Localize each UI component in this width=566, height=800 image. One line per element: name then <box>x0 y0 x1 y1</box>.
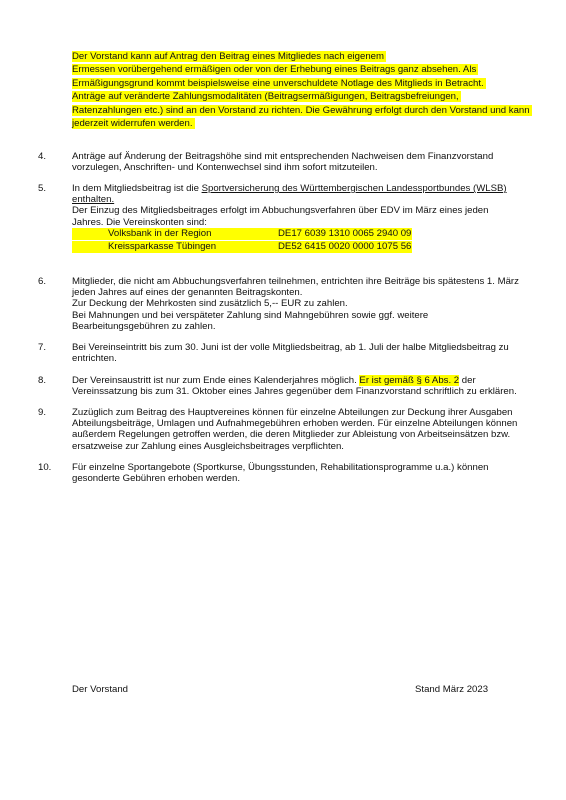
item-line: entrichten. <box>72 353 532 364</box>
document-page: Der Vorstand kann auf Antrag den Beitrag… <box>0 0 566 800</box>
item-line: Vereinssatzung bis zum 31. Oktober eines… <box>72 386 532 397</box>
intro-line: jederzeit widerrufen werden. <box>72 118 195 129</box>
item-line: Bei Mahnungen und bei verspäteter Zahlun… <box>72 310 532 321</box>
intro-line: Anträge auf veränderte Zahlungsmodalität… <box>72 91 461 102</box>
bank-account-row: Volksbank in der Region DE17 6039 1310 0… <box>72 228 412 240</box>
item-line: Anträge auf Änderung der Beitragshöhe si… <box>72 151 532 162</box>
signature: Der Vorstand <box>72 684 128 696</box>
bank-iban: DE17 6039 1310 0065 2940 09 <box>278 228 411 240</box>
item-number: 9. <box>38 407 46 418</box>
item-number: 5. <box>38 183 46 194</box>
item-line: Der Einzug des Mitgliedsbeitrages erfolg… <box>72 205 532 216</box>
item-number: 10. <box>38 462 51 473</box>
item-line: Jahres. Die Vereinskonten sind: <box>72 217 532 228</box>
item-line: Für einzelne Sportangebote (Sportkurse, … <box>72 462 532 473</box>
item-line: Bearbeitungsgebühren zu zahlen. <box>72 321 532 332</box>
item-line: ersatzweise zur Zahlung eines Ausgleichs… <box>72 441 532 452</box>
item-line: vorzulegen, Anschriften- und Kontenwechs… <box>72 162 532 173</box>
item-line: gesonderte Gebühren erhoben werden. <box>72 473 532 484</box>
bank-iban: DE52 6415 0020 0000 1075 56 <box>278 241 411 253</box>
intro-line: Der Vorstand kann auf Antrag den Beitrag… <box>72 51 386 62</box>
bank-accounts-table: Volksbank in der Region DE17 6039 1310 0… <box>72 228 412 253</box>
intro-line: Ratenzahlungen etc.) sind an den Vorstan… <box>72 105 532 116</box>
item-number: 6. <box>38 276 46 287</box>
bank-name: Volksbank in der Region <box>108 228 211 240</box>
item-text: In dem Mitgliedsbeitrag ist die <box>72 183 202 194</box>
document-date: Stand März 2023 <box>415 684 488 696</box>
bank-account-row: Kreissparkasse Tübingen DE52 6415 0020 0… <box>72 241 412 253</box>
item-line: Abteilungsbeiträge, Umlagen und Aufnahme… <box>72 418 532 429</box>
item-text: Der Vereinsaustritt ist nur zum Ende ein… <box>72 375 359 386</box>
insurance-note-cont: enthalten. <box>72 194 532 205</box>
insurance-note: Sportversicherung des Württembergischen … <box>202 183 507 194</box>
intro-paragraph: Der Vorstand kann auf Antrag den Beitrag… <box>72 50 532 130</box>
item-line: Mitglieder, die nicht am Abbuchungsverfa… <box>72 276 532 287</box>
item-line: jeden Jahres auf eines der genannten Bei… <box>72 287 532 298</box>
item-line: Bei Vereinseintritt bis zum 30. Juni ist… <box>72 342 532 353</box>
highlighted-text: Er ist gemäß § 6 Abs. 2 <box>359 375 459 386</box>
item-number: 7. <box>38 342 46 353</box>
item-number: 8. <box>38 375 46 386</box>
bank-name: Kreissparkasse Tübingen <box>108 241 216 253</box>
item-line: Zur Deckung der Mehrkosten sind zusätzli… <box>72 298 532 309</box>
item-line: Zuzüglich zum Beitrag des Hauptvereines … <box>72 407 532 418</box>
item-number: 4. <box>38 151 46 162</box>
intro-line: Ermessen vorübergehend ermäßigen oder vo… <box>72 64 478 75</box>
item-line: außerdem Regelungen getroffen werden, di… <box>72 429 532 440</box>
item-text: der <box>459 375 476 386</box>
intro-line: Ermäßigungsgrund kommt beispielsweise ei… <box>72 78 486 89</box>
